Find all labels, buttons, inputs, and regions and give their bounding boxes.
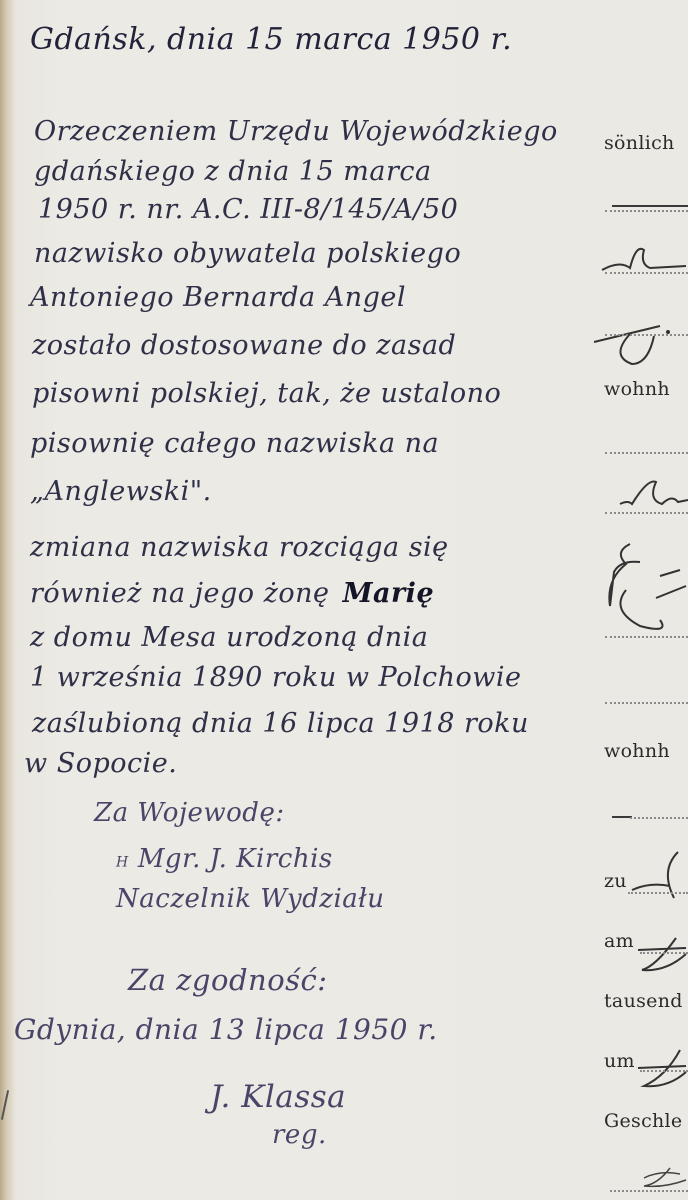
signature-role: Naczelnik Wydziału <box>116 884 384 914</box>
form-dotted-line <box>605 452 688 454</box>
form-dotted-line <box>605 334 688 336</box>
body-line: Antoniego Bernarda Angel <box>30 284 406 311</box>
form-label: wohnh <box>604 740 670 762</box>
form-dotted-line <box>605 272 688 274</box>
form-dotted-line <box>640 952 688 954</box>
form-label: wohnh <box>604 378 670 400</box>
form-label: am <box>604 930 634 952</box>
form-dotted-line <box>610 1190 688 1192</box>
emphasized-name: Marię <box>343 578 435 609</box>
form-rule <box>612 205 688 207</box>
body-line: zaślubioną dnia 16 lipca 1918 roku <box>32 710 529 737</box>
body-line: w Sopocie. <box>24 750 177 777</box>
body-line: zostało dostosowane do zasad <box>32 332 456 359</box>
margin-mark <box>1 1090 9 1120</box>
certification-heading: Za zgodność: <box>128 966 328 995</box>
form-rule <box>612 816 632 818</box>
body-line: pisowni polskiej, tak, że ustalono <box>32 380 501 407</box>
body-line: również na jego żonę Marię <box>30 580 434 607</box>
body-line: „Anglewski". <box>30 478 212 505</box>
body-line: 1950 r. nr. A.C. III-8/145/A/50 <box>38 196 458 223</box>
handwritten-entry-scribble <box>590 312 688 368</box>
form-dotted-line <box>630 817 688 819</box>
certification-role: reg. <box>272 1122 327 1148</box>
signature-name-line: H Mgr. J. Kirchis <box>116 844 333 874</box>
body-line: 1 września 1890 roku w Polchowie <box>30 664 521 691</box>
handwritten-entry-scribble <box>600 530 688 640</box>
body-line: pisownię całego nazwiska na <box>30 430 439 457</box>
body-line: Orzeczeniem Urzędu Wojewódzkiego <box>34 118 558 145</box>
form-label: sönlich <box>604 132 675 154</box>
signature-heading: Za Wojewodę: <box>94 798 285 828</box>
form-label: zu <box>604 870 627 892</box>
body-line: z domu Mesa urodzoną dnia <box>30 624 428 651</box>
body-line: gdańskiego z dnia 15 marca <box>34 158 432 185</box>
form-dotted-line <box>605 210 688 212</box>
handwritten-entry-scribble <box>636 1046 688 1092</box>
form-dotted-line <box>605 636 688 638</box>
signature-prefix: H <box>116 855 129 871</box>
handwritten-entry-scribble <box>618 470 688 510</box>
document-header-date: Gdańsk, dnia 15 marca 1950 r. <box>30 22 512 57</box>
body-line-text: również na jego żonę <box>30 578 329 609</box>
form-label: Geschle <box>604 1110 682 1132</box>
form-dotted-line <box>605 702 688 704</box>
form-label: um <box>604 1050 635 1072</box>
signature-name: Mgr. J. Kirchis <box>138 844 333 874</box>
body-line: nazwisko obywatela polskiego <box>34 240 461 267</box>
handwritten-entry-scribble <box>600 240 688 280</box>
certification-place-date: Gdynia, dnia 13 lipca 1950 r. <box>14 1016 438 1044</box>
form-dotted-line <box>605 512 688 514</box>
form-dotted-line <box>640 1070 688 1072</box>
form-label: tausend <box>604 990 683 1012</box>
body-line: zmiana nazwiska rozciąga się <box>30 534 449 561</box>
certification-signature: J. Klassa <box>210 1082 346 1113</box>
form-dotted-line <box>628 892 688 894</box>
document-page: Gdańsk, dnia 15 marca 1950 r. Orzeczenie… <box>0 0 688 1200</box>
